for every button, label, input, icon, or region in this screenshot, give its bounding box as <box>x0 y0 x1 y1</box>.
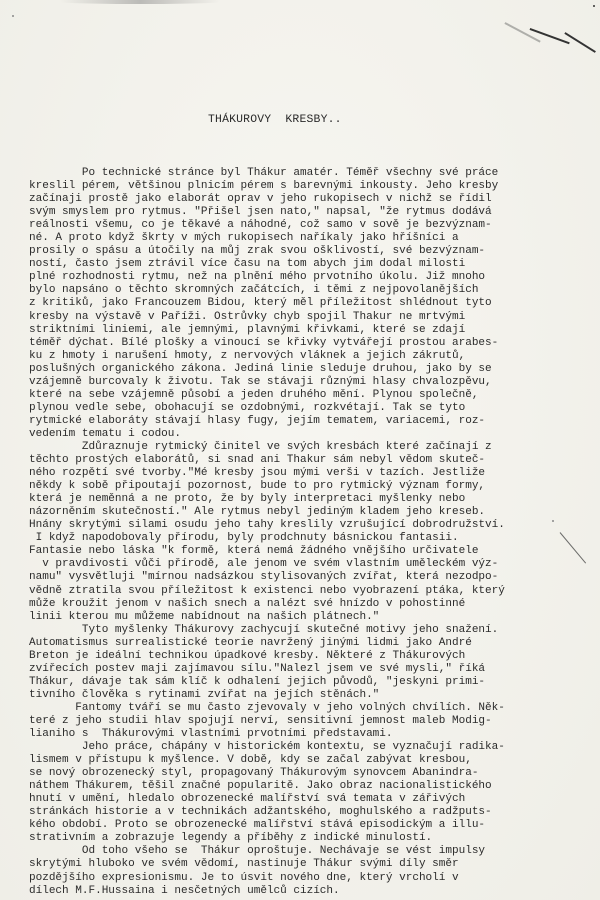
speck <box>593 5 595 7</box>
text-line: začínaji prostě jako elaborát oprav v je… <box>29 193 589 206</box>
text-line: v pravdivosti vůči přírodě, ale jenom ve… <box>29 558 589 571</box>
text-line: názorněním skutečností." Ale rytmus neby… <box>29 506 589 519</box>
text-line: stránkách historie a v technikách adžant… <box>29 806 589 819</box>
speck <box>12 15 14 17</box>
text-line: Fantasie nebo láska "k formě, která nemá… <box>29 545 589 558</box>
text-line: plynou vedle sebe, obohacují se ozdobným… <box>29 402 589 415</box>
text-line: poslušných organického zákona. Jediná li… <box>29 363 589 376</box>
text-line: teré z jeho studii hlav spojují nerví, s… <box>29 715 589 728</box>
text-line: vědně ztratila svou příležitost k existe… <box>29 585 589 598</box>
text-line: ností, často jsem ztrávil více času na t… <box>29 258 589 271</box>
text-line: tivního člověka s rytinami zvířat na jej… <box>29 689 589 702</box>
text-line: namu" vysvětluji "mírnou nadsázkou styli… <box>29 571 589 584</box>
text-line: někdy k sobě připoutají pozornost, bude … <box>29 480 589 493</box>
text-line: kresby na výstavě v Paříži. Ostrůvky chy… <box>29 311 589 324</box>
text-line: reálnosti všemu, co je těkavé a náhodné,… <box>29 219 589 232</box>
text-line: I když napodobovaly přírodu, byly prodch… <box>29 532 589 545</box>
document-body: Po technické stránce byl Thákur amatér. … <box>29 167 589 898</box>
text-line: hnutí v umění, hledalo obrozenecké malíř… <box>29 793 589 806</box>
text-line: dílech M.F.Hussaina i nesčetných umělců … <box>29 885 589 898</box>
text-line: těchto prostých elaborátů, si snad ani T… <box>29 454 589 467</box>
text-line: lismem v přístupu k myšlence. V době, kd… <box>29 754 589 767</box>
text-line: Breton je ideální technikou úpadkové kre… <box>29 650 589 663</box>
typewritten-page: THÁKUROVY KRESBY.. Po technické stránce … <box>0 0 600 900</box>
text-line: Hnány skrytými silami osudu jeho tahy kr… <box>29 519 589 532</box>
text-line: prosily o spásu a útočily na můj zrak sv… <box>29 245 589 258</box>
title-text: THÁKUROVY KRESBY.. <box>208 114 342 126</box>
text-line: svým smyslem pro rytmus. "Přišel jsen na… <box>29 206 589 219</box>
text-line: Tyto myšlenky Thákurovy zachycují skuteč… <box>29 624 589 637</box>
text-line: skrytými hluboko ve svém vědomí, nastinu… <box>29 858 589 871</box>
text-line: ného rozpětí své tvorby."Mé kresby jsou … <box>29 467 589 480</box>
text-line: Zdůraznuje rytmický činitel ve svých kre… <box>29 441 589 454</box>
text-line: linii kterou mu můžeme nabídnout na naši… <box>29 611 589 624</box>
text-line: zvířecích postev maji zajímavou sílu."Na… <box>29 663 589 676</box>
text-line: bylo napsáno o těchto skromných začátcíc… <box>29 284 589 297</box>
text-line: strativním a zobrazuje legendy a příběhy… <box>29 832 589 845</box>
text-line: Thákur, dávaje tak sám klíč k odhalení j… <box>29 676 589 689</box>
text-line: náthem Thákurem, těšil značné popularitě… <box>29 780 589 793</box>
text-line: se nový obrozenecký styl, propagovaný Th… <box>29 767 589 780</box>
text-line: které na sebe vzájemně působí a jeden dr… <box>29 389 589 402</box>
text-line: lianiho s Thákurovými vlastními prvotním… <box>29 728 589 741</box>
scan-edge-shadow <box>60 0 220 4</box>
text-line: kého období. Proto se obrozenecké malířs… <box>29 819 589 832</box>
text-line: pozdějšího expresionismu. Je to úsvit no… <box>29 872 589 885</box>
text-line: může kroužit jenom v našich snech a nalé… <box>29 598 589 611</box>
text-line: vzájemně burcovaly k životu. Tak se stáv… <box>29 376 589 389</box>
text-line: Po technické stránce byl Thákur amatér. … <box>29 167 589 180</box>
text-line: téměř dýchat. Bílé plošky a vinoucí se k… <box>29 337 589 350</box>
text-line: kreslil pérem, většinou plnicím pérem s … <box>29 180 589 193</box>
text-line: ku z hmoty i narušení hmoty, z nervových… <box>29 350 589 363</box>
text-line: né. A proto když škrty v mých rukopisech… <box>29 232 589 245</box>
text-line: rytmické elaboráty stávají hlasy fugy, j… <box>29 415 589 428</box>
text-line: která je neměnná a ne proto, že by byly … <box>29 493 589 506</box>
text-line: Automatismus surrealistické teorie navrž… <box>29 637 589 650</box>
text-line: plné rozhodnosti rytmu, než na plnění mé… <box>29 271 589 284</box>
text-line: z kritiků, jako Francouzem Bidou, který … <box>29 297 589 310</box>
text-line: Fantomy tváří se mu často zjevovaly v je… <box>29 702 589 715</box>
text-line: striktními liniemi, ale jemnými, plavným… <box>29 324 589 337</box>
text-line: Jeho práce, chápány v historickém kontex… <box>29 741 589 754</box>
text-line: Od toho všeho se Thákur oproštuje. Nechá… <box>29 845 589 858</box>
scratch-mark <box>505 22 541 42</box>
scratch-mark <box>530 28 570 44</box>
text-line: vedením tematu i codou. <box>29 428 589 441</box>
